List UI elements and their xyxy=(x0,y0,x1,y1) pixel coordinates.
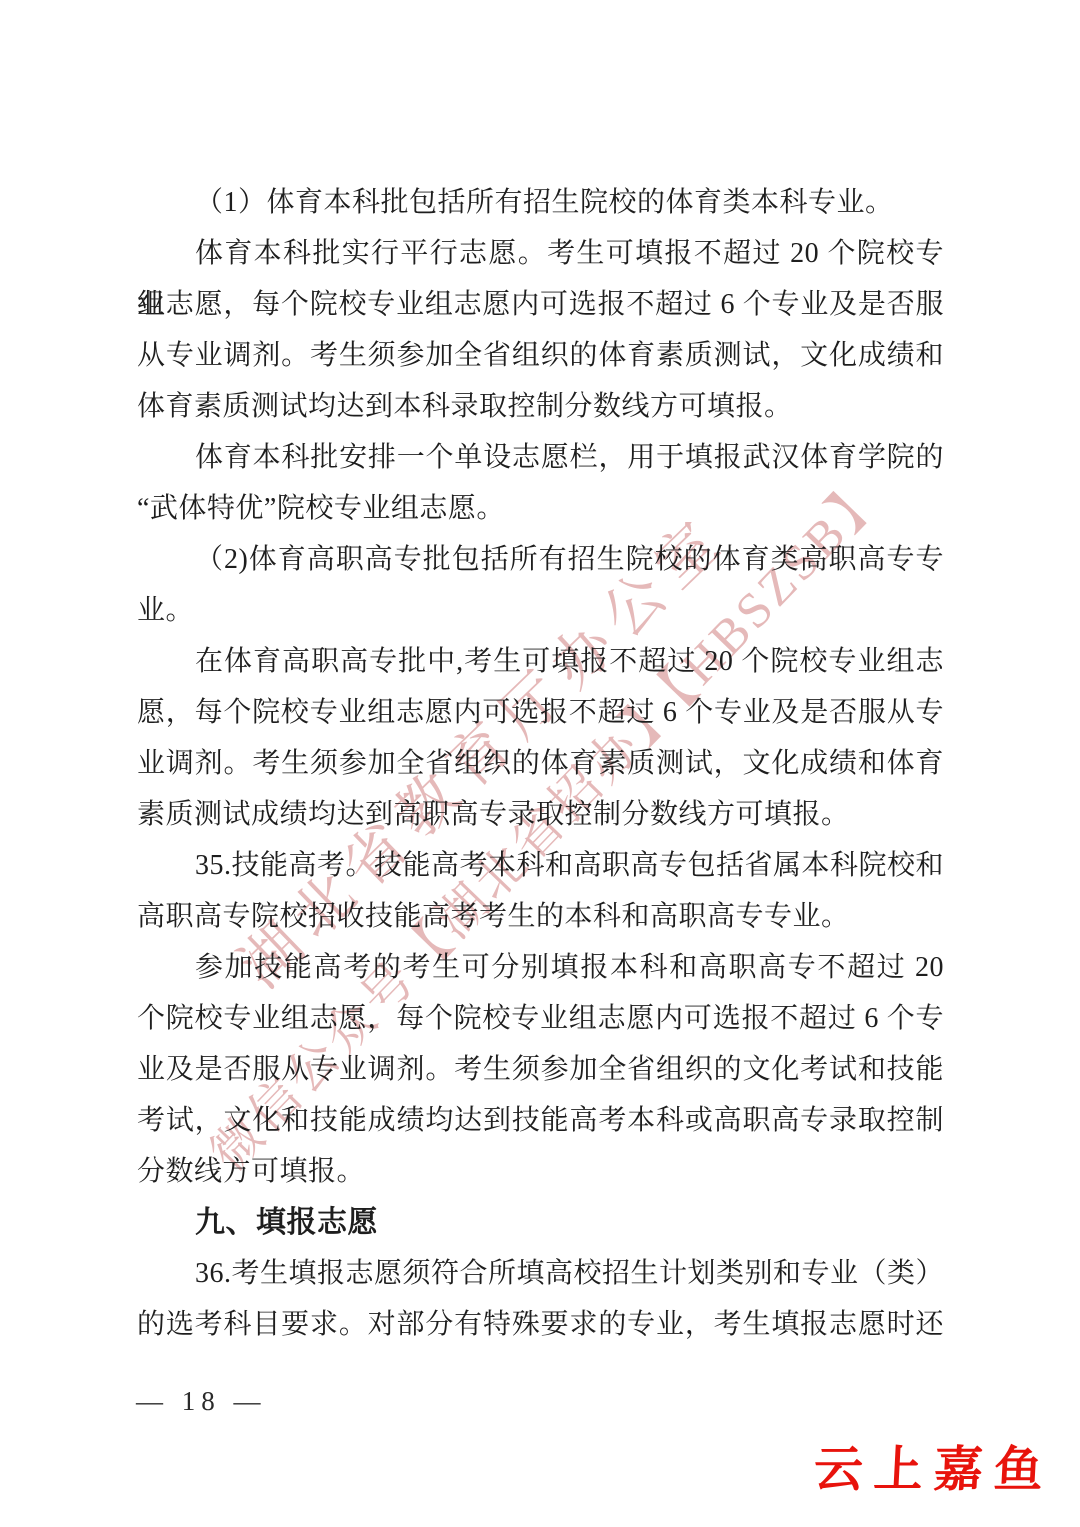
text-line: 愿，每个院校专业组志愿内可选报不超过 6 个专业及是否服从专 xyxy=(137,687,944,738)
text-line: 业。 xyxy=(137,585,944,636)
text-line: 个院校专业组志愿，每个院校专业组志愿内可选报不超过 6 个专 xyxy=(137,993,944,1044)
text-line: （2)体育高职高专批包括所有招生院校的体育类高职高专专 xyxy=(137,534,944,585)
text-line: 的选考科目要求。对部分有特殊要求的专业，考生填报志愿时还 xyxy=(137,1299,944,1350)
document-page: 微信公众号【湖北省招办】【HBSZSB】 湖北省教育厅办公室 （1）体育本科批包… xyxy=(0,0,1080,1527)
publisher-stamp: 云上嘉鱼 xyxy=(812,1431,1056,1501)
text-line: “武体特优”院校专业组志愿。 xyxy=(137,483,944,534)
text-line: 体育本科批安排一个单设志愿栏，用于填报武汉体育学院的 xyxy=(137,432,944,483)
text-line: 组志愿，每个院校专业组志愿内可选报不超过 6 个专业及是否服 xyxy=(137,279,944,330)
document-body: （1）体育本科批包括所有招生院校的体育类本科专业。体育本科批实行平行志愿。考生可… xyxy=(137,177,944,1350)
text-line: 36.考生填报志愿须符合所填高校招生计划类别和专业（类） xyxy=(137,1248,944,1299)
text-line: 业及是否服从专业调剂。考生须参加全省组织的文化考试和技能 xyxy=(137,1044,944,1095)
text-line: 在体育高职高专批中,考生可填报不超过 20 个院校专业组志 xyxy=(137,636,944,687)
text-line: 分数线方可填报。 xyxy=(137,1146,944,1197)
page-number: — 18 — xyxy=(136,1386,267,1417)
text-line: 考试，文化和技能成绩均达到技能高考本科或高职高专录取控制 xyxy=(137,1095,944,1146)
text-line: 参加技能高考的考生可分别填报本科和高职高专不超过 20 xyxy=(137,942,944,993)
text-line: 业调剂。考生须参加全省组织的体育素质测试，文化成绩和体育 xyxy=(137,738,944,789)
text-line: 从专业调剂。考生须参加全省组织的体育素质测试，文化成绩和 xyxy=(137,330,944,381)
text-line: 体育本科批实行平行志愿。考生可填报不超过 20 个院校专业 xyxy=(137,228,944,279)
section-heading: 九、填报志愿 xyxy=(137,1197,944,1248)
text-line: 体育素质测试均达到本科录取控制分数线方可填报。 xyxy=(137,381,944,432)
text-line: 素质测试成绩均达到高职高专录取控制分数线方可填报。 xyxy=(137,789,944,840)
text-line: （1）体育本科批包括所有招生院校的体育类本科专业。 xyxy=(137,177,944,228)
text-line: 35.技能高考。技能高考本科和高职高专包括省属本科院校和 xyxy=(137,840,944,891)
text-line: 高职高专院校招收技能高考考生的本科和高职高专专业。 xyxy=(137,891,944,942)
